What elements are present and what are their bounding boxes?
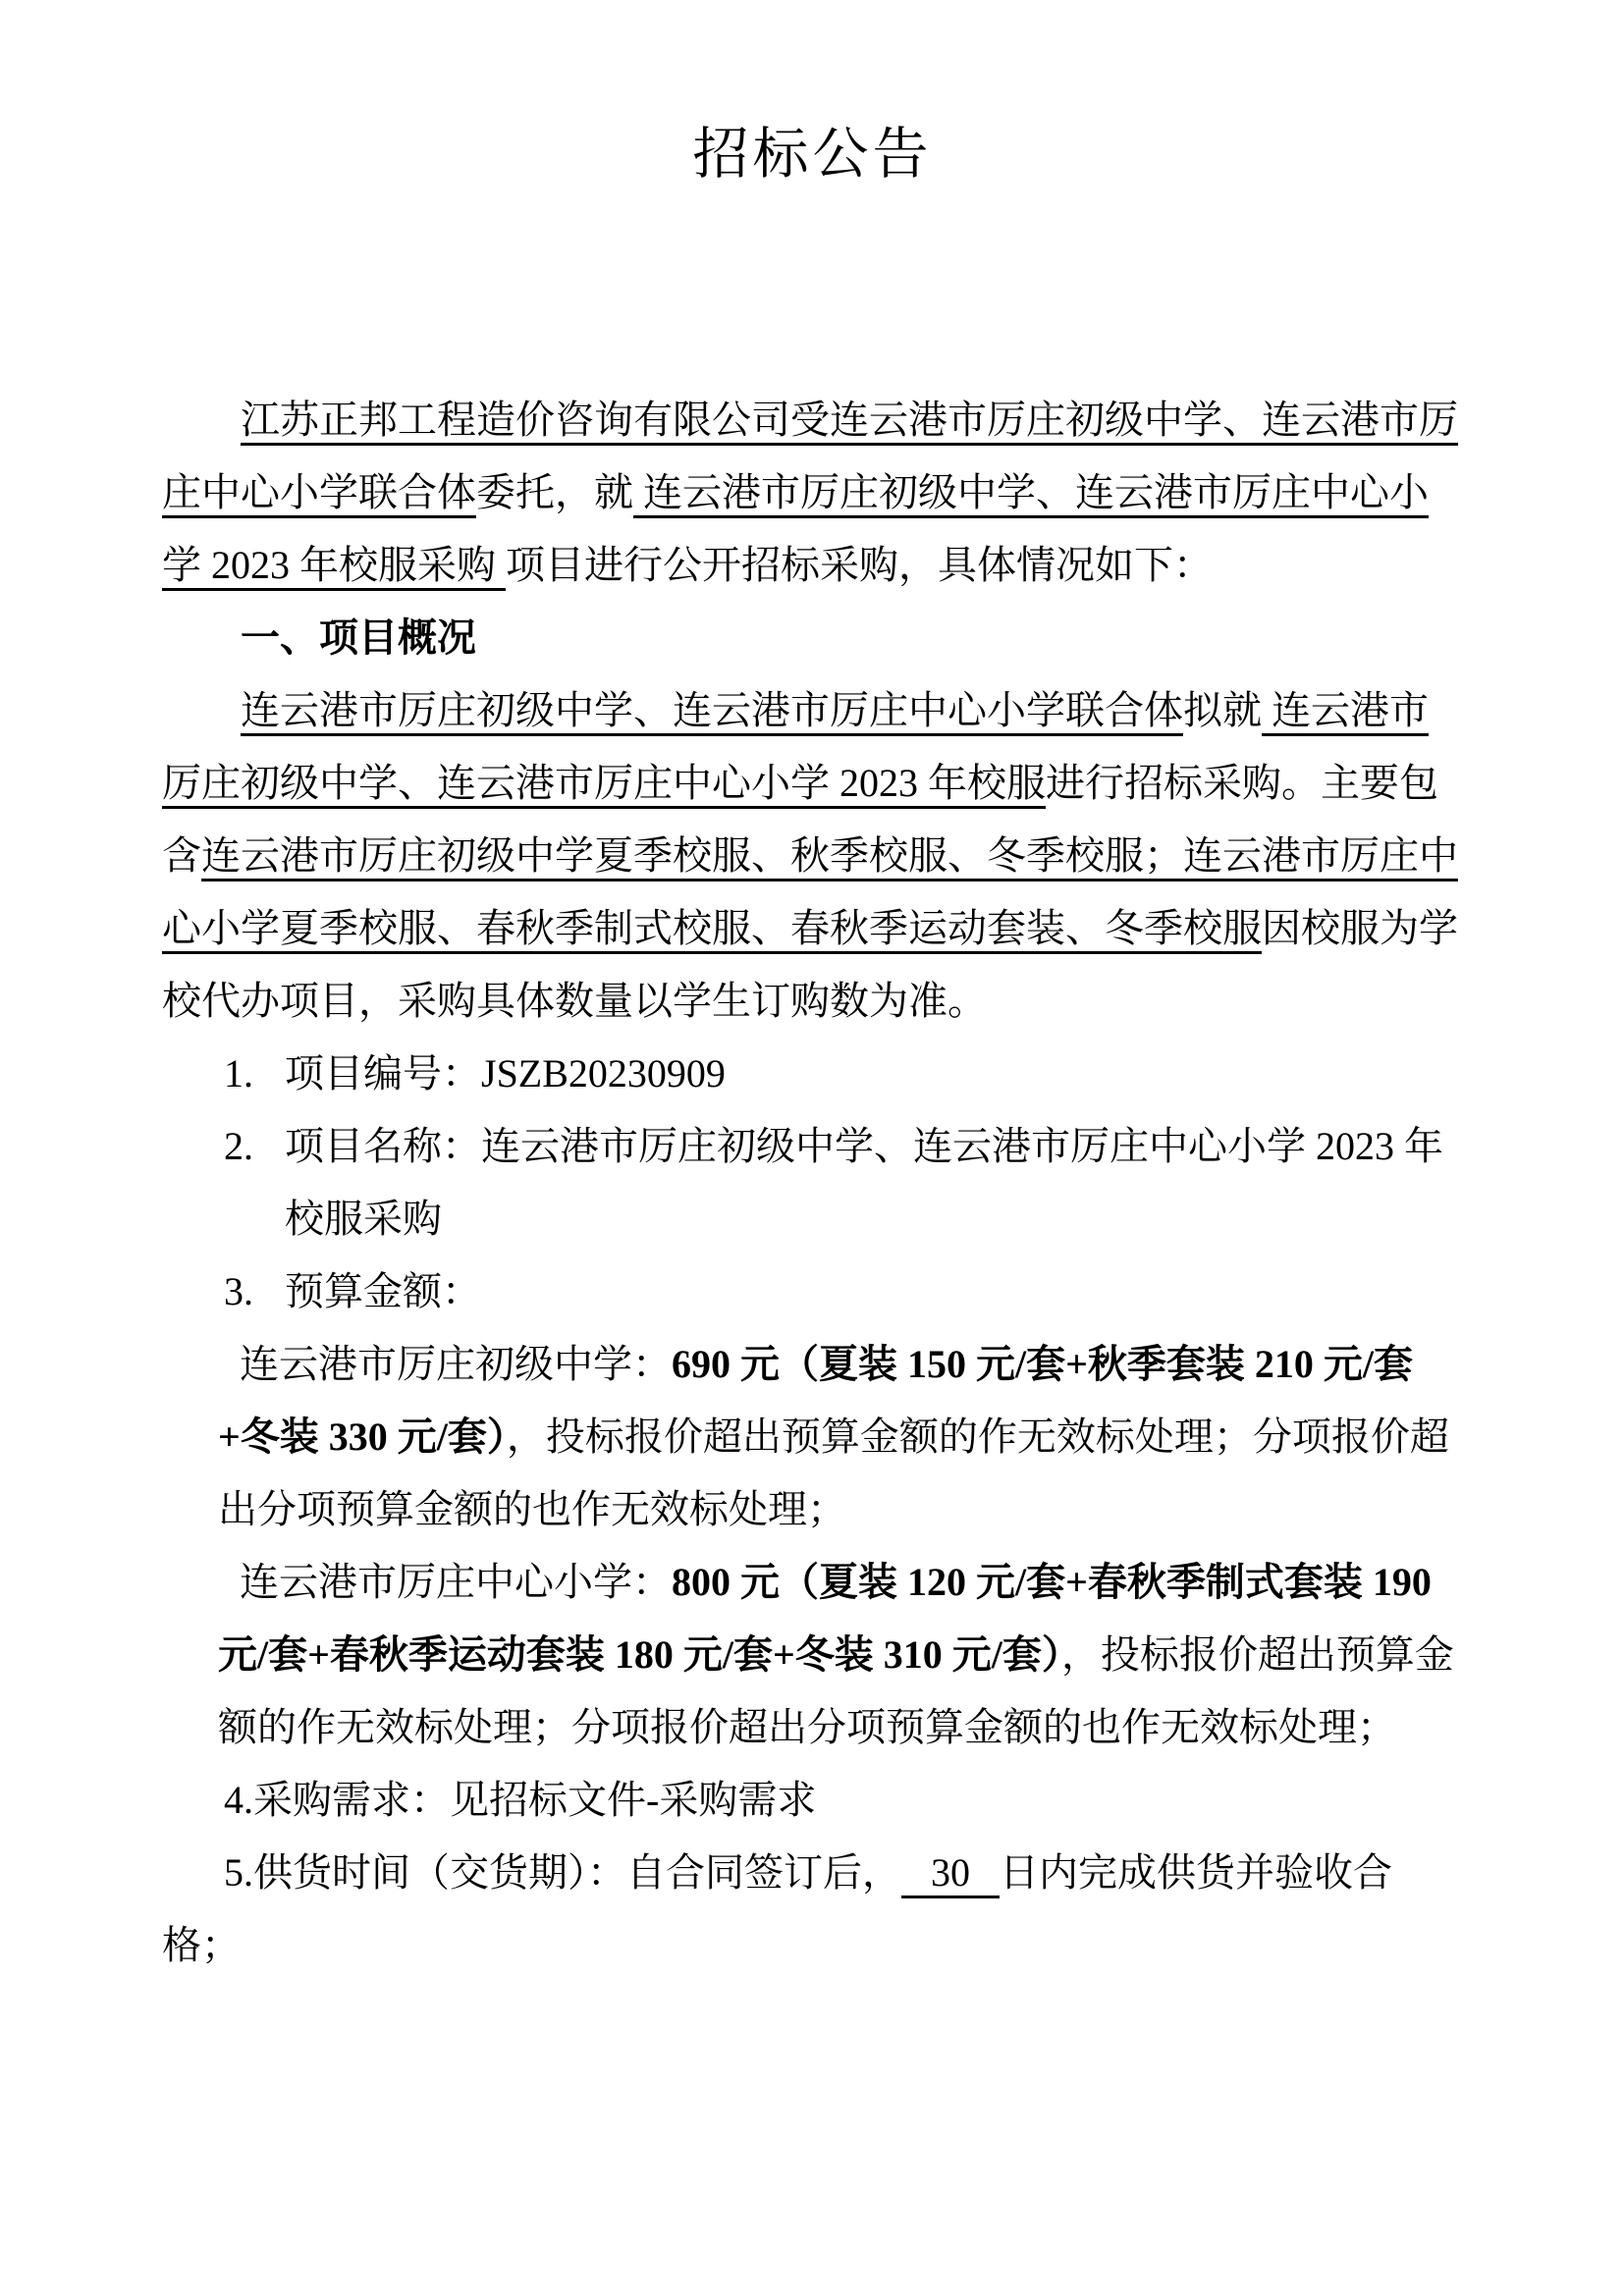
overview-paragraph: 连云港市厉庄初级中学、连云港市厉庄中心小学联合体拟就 连云港市厉庄初级中学、连云… (162, 674, 1463, 1038)
text-run-project-number: 项目编号：JSZB20230909 (285, 1051, 726, 1095)
text-run-budget-label: 预算金额： (285, 1269, 481, 1313)
list-item-budget: 3.预算金额： (224, 1255, 1463, 1328)
document-title: 招标公告 (162, 116, 1463, 194)
list-item-project-number: 1.项目编号：JSZB20230909 (224, 1038, 1463, 1110)
text-run-purchasers-underlined: 连云港市厉庄初级中学、连云港市厉庄中心小学联合体 (241, 688, 1183, 732)
text-run: 委托，就 (476, 470, 633, 514)
list-marker: 2. (224, 1110, 285, 1183)
text-run-project-title: 项目名称：连云港市厉庄初级中学、连云港市厉庄中心小学 2023 年校服采购 (285, 1124, 1443, 1241)
document-page: 招标公告 江苏正邦工程造价咨询有限公司受连云港市厉庄初级中学、连云港市厉庄中心小… (0, 0, 1624, 1982)
text-run: 5.供货时间（交货期）：自合同签订后， (224, 1850, 901, 1895)
list-item-project-title: 2.项目名称：连云港市厉庄初级中学、连云港市厉庄中心小学 2023 年校服采购 (224, 1110, 1463, 1255)
budget-paragraph-primary-school: 连云港市厉庄中心小学：800 元（夏装 120 元/套+春秋季制式套装 190 … (218, 1546, 1463, 1764)
section-heading-project-overview: 一、项目概况 (162, 602, 1463, 674)
list-marker: 1. (224, 1038, 285, 1110)
intro-paragraph: 江苏正邦工程造价咨询有限公司受连云港市厉庄初级中学、连云港市厉庄中心小学联合体委… (162, 384, 1463, 602)
list-marker: 3. (224, 1255, 285, 1328)
text-run: 项目进行公开招标采购，具体情况如下： (506, 543, 1213, 587)
text-run-school-name: 连云港市厉庄初级中学： (240, 1342, 672, 1386)
budget-paragraph-middle-school: 连云港市厉庄初级中学：690 元（夏装 150 元/套+秋季套装 210 元/套… (218, 1328, 1463, 1546)
text-run-days-blank-underlined: 30 (901, 1850, 1000, 1895)
list-item-delivery-time: 5.供货时间（交货期）：自合同签订后， 30 日内完成供货并验收合格； (162, 1837, 1463, 1982)
text-run-school-name: 连云港市厉庄中心小学： (240, 1560, 672, 1604)
text-run: 拟就 (1183, 688, 1262, 732)
list-item-procurement-requirements: 4.采购需求：见招标文件-采购需求 (162, 1764, 1463, 1837)
